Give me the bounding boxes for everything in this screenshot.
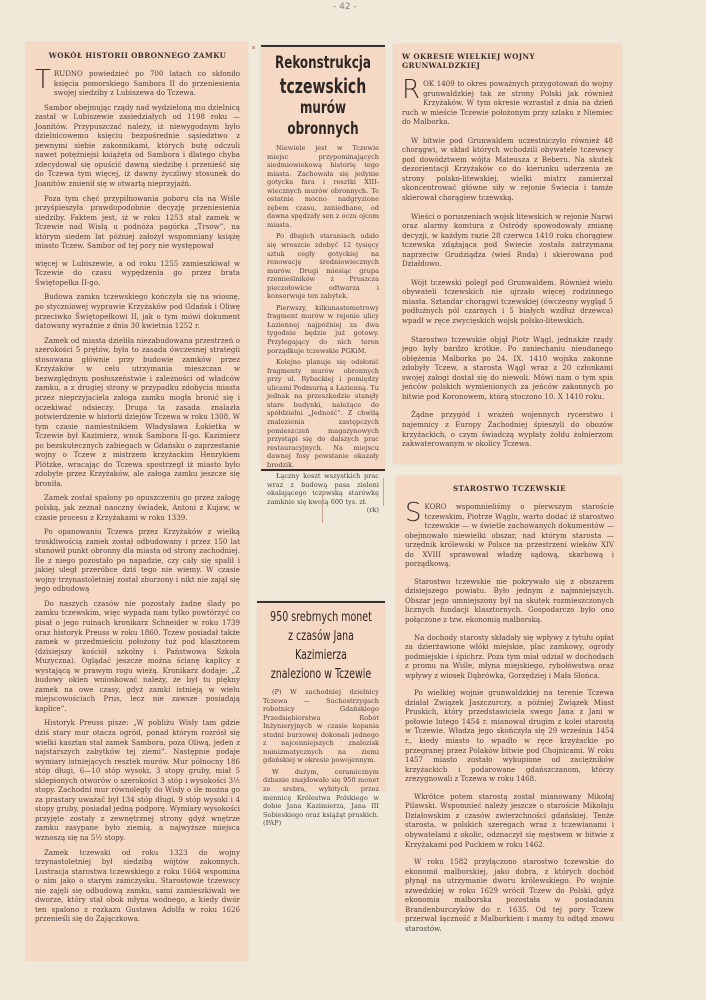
clipping-silver-coins: 950 srebrnych monet z czasów Jana Kazimi…	[257, 601, 385, 791]
dropcap: T	[35, 70, 51, 91]
headline-line: Rekonstrukcja	[272, 53, 375, 74]
headline-line: tczewskich	[272, 74, 375, 98]
article-paragraph: Po wielkiej wojnie grunwaldzkiej na tere…	[405, 688, 614, 783]
article-paragraph: Po długich staraniach udało się wreszcie…	[267, 232, 379, 300]
article-paragraph: Po opanowaniu Tczewa przez Krzyżaków z w…	[35, 527, 240, 594]
headline-line: znaleziono w Tczewie	[265, 665, 377, 684]
clipping-grunwald-war: W OKRESIE WIELKIEJ WOJNY GRUNWALDZKIEJ R…	[393, 44, 622, 464]
paper-mark	[252, 46, 255, 49]
article-paragraph: TRUDNO powiedzieć po 700 latach co skłon…	[35, 69, 240, 98]
headline: 950 srebrnych monet z czasów Jana Kazimi…	[265, 608, 377, 684]
headline-line: murów obronnych	[272, 98, 375, 140]
article-paragraph: W dużym, ceramicznym dzbanie znajdowało …	[263, 768, 379, 828]
article-paragraph: Wieści o poruszeniach wojsk litewskich w…	[402, 212, 613, 269]
article-title: WOKÓŁ HISTORII OBRONNEGO ZAMKU	[35, 51, 240, 60]
paper-mark	[383, 478, 384, 506]
article-paragraph: W bitwie pod Grunwaldem uczestniczyło ró…	[402, 136, 613, 203]
headline-line: 950 srebrnych monet	[265, 608, 377, 627]
article-paragraph: Zamek tczewski od roku 1323 do wojny trz…	[35, 848, 240, 924]
article-paragraph: W roku 1582 przyłączono starostwo tczews…	[405, 857, 614, 933]
clipping-walls-reconstruction: Rekonstrukcja tczewskich murów obronnych…	[261, 45, 385, 471]
article-paragraph: Kolejno planuje się odsłonić fragmenty m…	[267, 358, 379, 469]
headline: Rekonstrukcja tczewskich murów obronnych	[272, 53, 375, 140]
article-title: W OKRESIE WIELKIEJ WOJNY GRUNWALDZKIEJ	[402, 52, 613, 70]
dropcap: R	[402, 80, 420, 101]
article-paragraph: Sambor obejmując rządy nad wydzieloną mu…	[35, 103, 240, 189]
article-paragraph: Niewiele jest w Tczewie miejsc przypomin…	[267, 144, 379, 229]
signature: (rk)	[358, 506, 379, 515]
article-paragraph: SKORO wspomnieliśmy o pierwszym starości…	[405, 502, 614, 569]
article-paragraph: Historyk Preuss pisze: „W pobliżu Wisły …	[35, 718, 240, 842]
article-paragraph: więcej w Lubiszewie, a od roku 1255 zami…	[35, 259, 240, 288]
article-paragraph: Zamek od miasta dzieliła niezabudowana p…	[35, 336, 240, 489]
dropcap: S	[405, 503, 422, 524]
article-paragraph: Starostwo tczewskie objął Piotr Wągl, je…	[402, 335, 613, 402]
article-paragraph: Starostwo tczewskie nie pokrywało się z …	[405, 577, 614, 625]
article-paragraph: Łączny koszt wszystkich prac wraz z budo…	[267, 472, 379, 506]
headline-line: z czasów Jana Kazimierza	[265, 627, 377, 665]
clipping-starostwo: STAROSTWO TCZEWSKIE SKORO wspomnieliśmy …	[396, 476, 622, 921]
article-paragraph: Budowa zamku tczewskiego kończyła się na…	[35, 292, 240, 330]
article-paragraph: Zamek został spalony po opuszczeniu go p…	[35, 493, 240, 522]
article-paragraph: Pierwszy, kilkunastometrowy fragment mur…	[267, 304, 379, 355]
article-paragraph: ROK 1409 to okres poważnych przygotowań …	[402, 79, 613, 127]
signature: (PAP)	[263, 819, 281, 827]
article-paragraph: (P) W zachodniej dzielnicy Tczewa — Such…	[263, 688, 379, 765]
clipping-castle-history: WOKÓŁ HISTORII OBRONNEGO ZAMKU TRUDNO po…	[26, 42, 248, 961]
article-paragraph: Wkrótce potem starostą został mianowany …	[405, 792, 614, 849]
paper-mark	[322, 491, 323, 523]
article-paragraph: Wójt tczewski poległ pod Grunwaldem. Rów…	[402, 278, 613, 326]
article-paragraph: Żądne przygód i wrażeń wojennych rycerst…	[402, 410, 613, 448]
article-paragraph: Na dochody starosty składały się wpływy …	[405, 633, 614, 681]
article-title: STAROSTWO TCZEWSKIE	[405, 484, 614, 493]
article-paragraph: Poza tym chęć przypilnowania poboru cła …	[35, 194, 240, 251]
article-paragraph: Do naszych czasów nie pozostały żadne śl…	[35, 599, 240, 714]
page-number: - 42 -	[333, 2, 357, 12]
